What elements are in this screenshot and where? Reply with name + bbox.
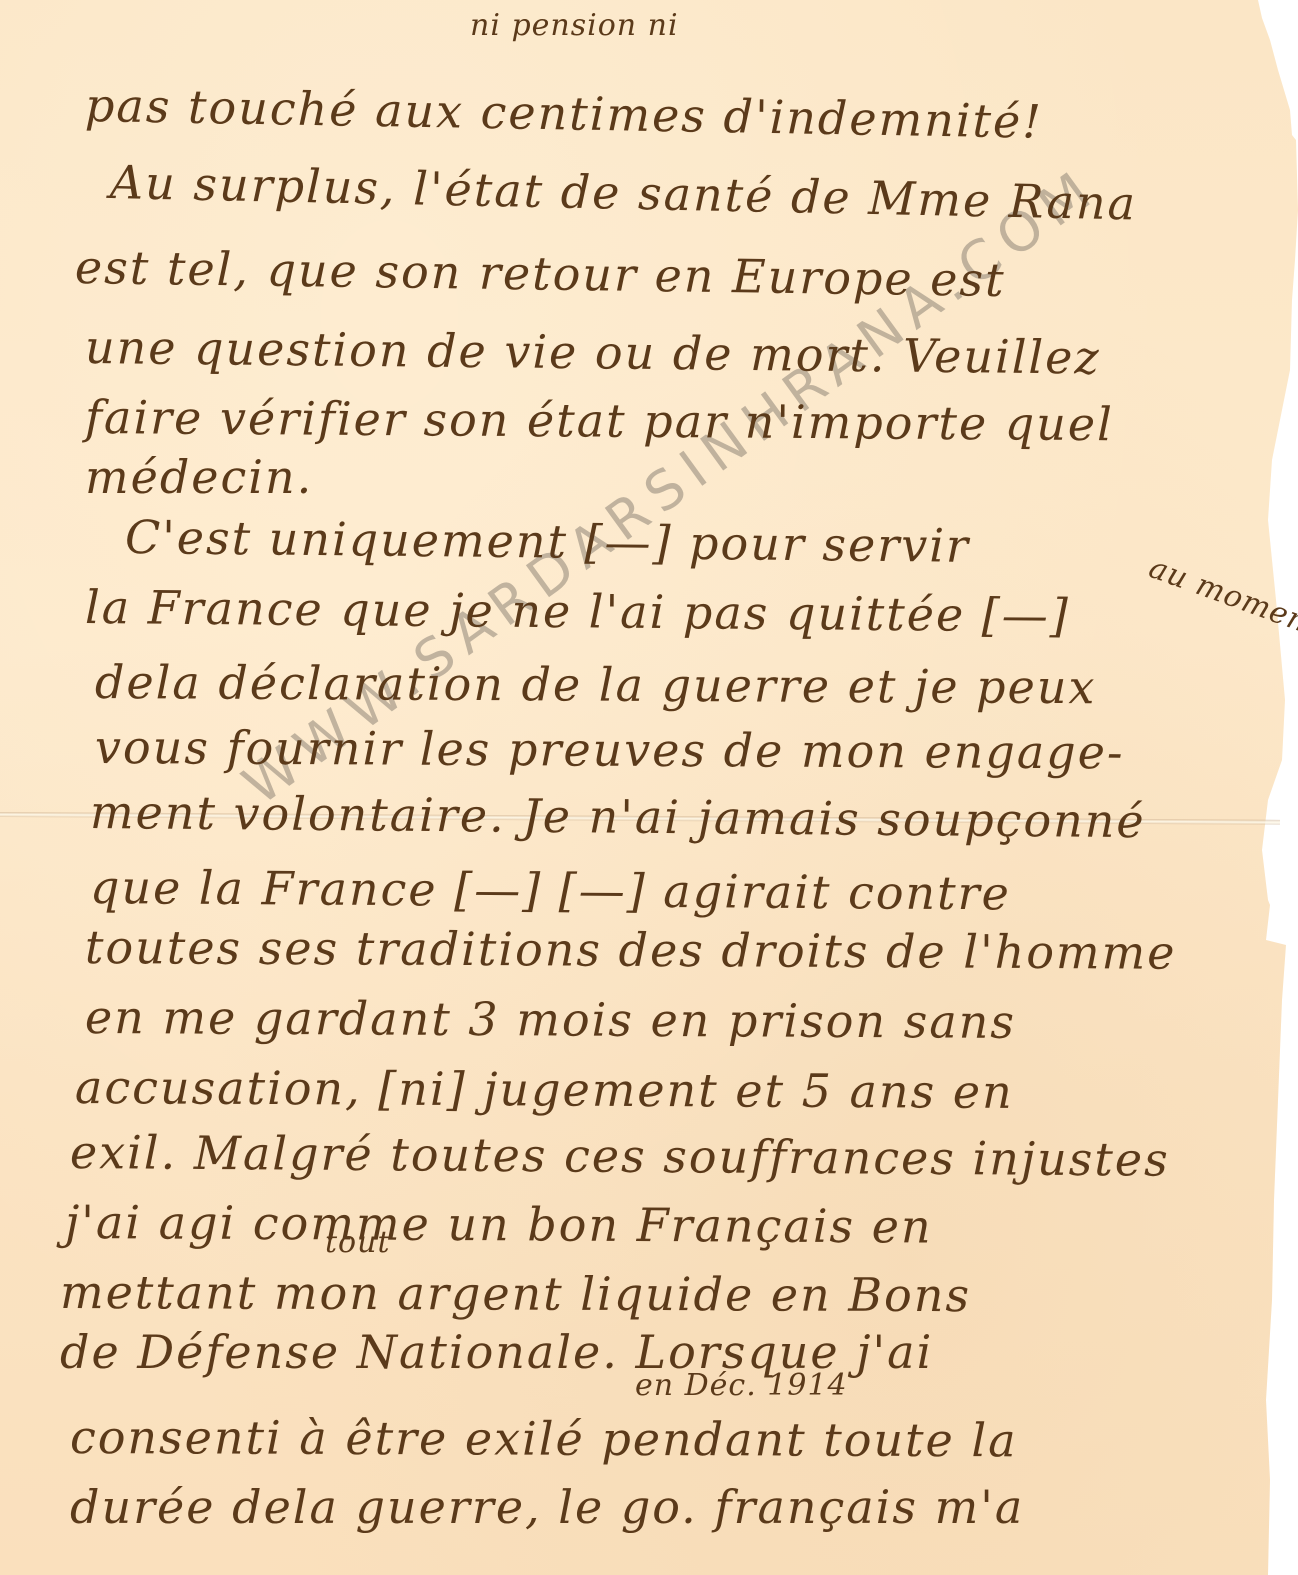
text-line-16: exil. Malgré toutes ces souffrances inju… [70, 1125, 1170, 1187]
text-line-10: vous fournir les preuves de mon engage- [95, 720, 1125, 779]
text-line-17: j'ai agi comme un bon Français en [65, 1195, 933, 1254]
text-line-9: dela déclaration de la guerre et je peux [95, 655, 1097, 714]
interlinear-insert-1: ni pension ni [470, 8, 679, 43]
text-line-5: faire vérifier son état par n'importe qu… [85, 390, 1114, 451]
interlinear-insert-4: en Déc. 1914 [635, 1368, 848, 1403]
text-line-6: médecin. [85, 450, 313, 504]
text-line-8: la France que je ne l'ai pas quittée [—] [85, 580, 1070, 643]
text-line-14: en me gardant 3 mois en prison sans [85, 990, 1016, 1049]
text-line-12: que la France [—] [—] agirait contre [90, 860, 1011, 920]
text-line-20: consenti à être exilé pendant toute la [70, 1410, 1018, 1467]
text-line-15: accusation, [ni] jugement et 5 ans en [75, 1060, 1014, 1119]
text-line-4: une question de vie ou de mort. Veuillez [85, 320, 1101, 385]
text-line-11: ment volontaire. Je n'ai jamais soupçonn… [90, 785, 1146, 848]
text-line-7: C'est uniquement [—] pour servir [125, 510, 971, 573]
text-line-18: mettant mon argent liquide en Bons [60, 1265, 971, 1322]
text-line-13: toutes ses traditions des droits de l'ho… [85, 920, 1177, 980]
interlinear-insert-3: tout [325, 1225, 391, 1260]
text-line-21: durée dela guerre, le go. français m'a [70, 1480, 1024, 1534]
